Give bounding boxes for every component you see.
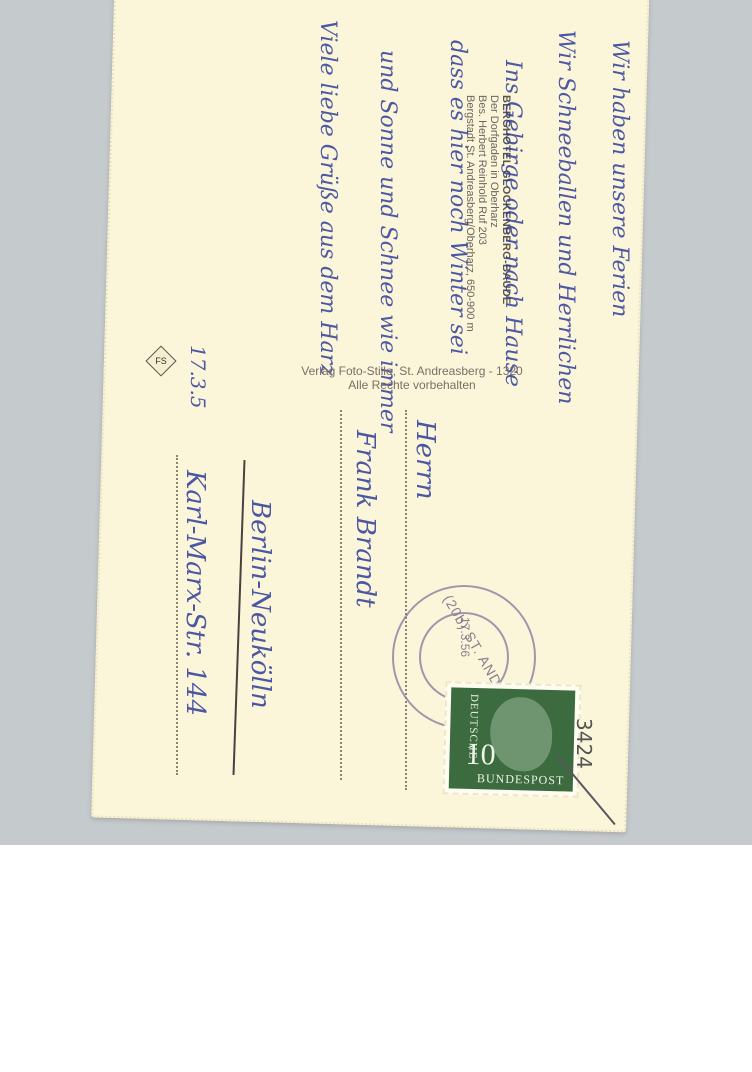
message-line: Ins Gebirge oder nach Hause [500,60,525,387]
message-line: Wir Schneeballen und Herrlichen [553,30,578,404]
postage-stamp: DEUTSCHE 10 BUNDESPOST [443,681,582,798]
address-dotted-line [405,410,407,790]
publisher-line-2: Der Dorfgaden in Oberharz [488,95,500,332]
portrait-icon [489,696,553,772]
postmark-date: 17.3.56 [458,617,472,657]
address-line: Frank Brandt [350,430,380,608]
address-dotted-line [176,455,178,775]
stamp-face: DEUTSCHE 10 BUNDESPOST [449,687,576,791]
address-line: Herrn [410,420,440,500]
address-line: Karl-Marx-Str. 144 [180,470,210,716]
address-line: Berlin-Neukölln [245,500,275,709]
address-dotted-line [340,410,342,780]
message-line: dass es hier noch Winter sei [445,40,470,355]
publisher-line-3: Bes. Herbert Reinhold Ruf 203 [476,95,488,332]
pencil-note: 3424 [572,718,596,769]
stamp-issuer: BUNDESPOST [477,771,565,788]
stamp-value: 10 [465,738,496,773]
message-line: Wir haben unsere Ferien [607,40,632,317]
imprint: Verlag Foto-Stille, St. Andreasberg - 13… [262,364,562,392]
imprint-line-2: Alle Rechte vorbehalten [262,378,562,392]
imprint-line-1: Verlag Foto-Stille, St. Andreasberg - 13… [262,364,562,378]
message-line: Viele liebe Grüße aus dem Harz [315,20,340,376]
message-date: 17.3.5 [186,345,210,409]
